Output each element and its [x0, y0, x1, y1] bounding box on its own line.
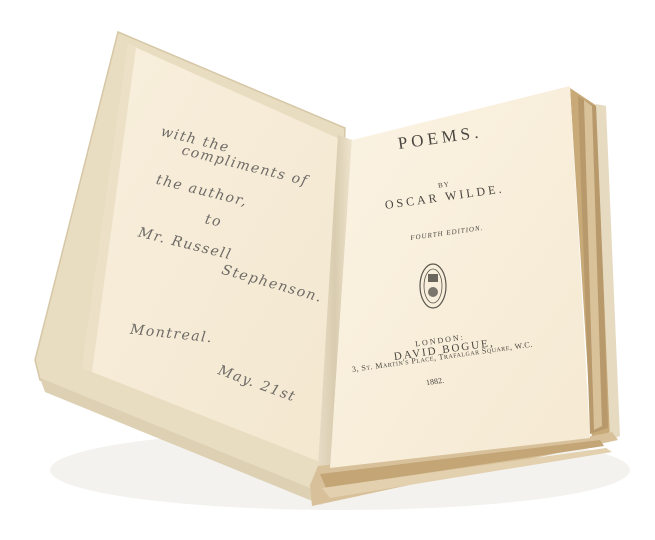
open-book: [0, 0, 655, 540]
seal-emblem-icon: [418, 262, 448, 310]
book-photo: POEMS. BY OSCAR WILDE. FOURTH EDITION. L…: [0, 0, 655, 540]
inscription-line: to: [204, 211, 224, 230]
